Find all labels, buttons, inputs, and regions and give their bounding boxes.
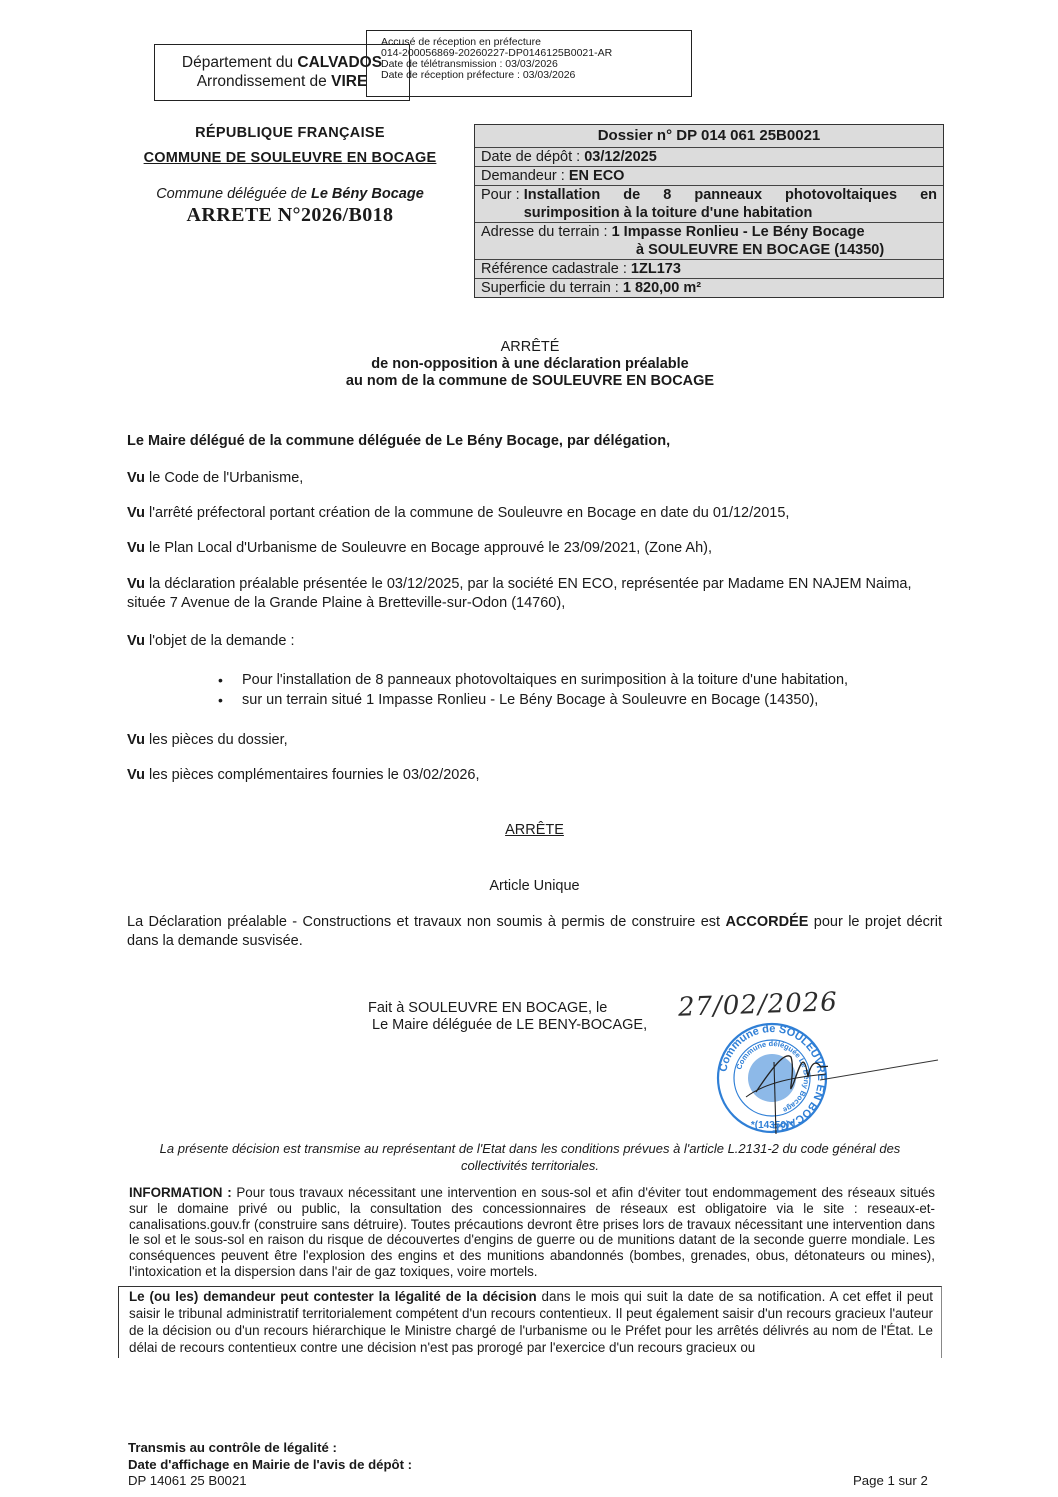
vu-pieces: Vu les pièces du dossier, — [127, 731, 942, 749]
dossier-demandeur: Demandeur : EN ECO — [475, 166, 943, 185]
commune-name: COMMUNE DE SOULEUVRE EN BOCAGE — [120, 150, 460, 166]
recours-notice: Le (ou les) demandeur peut contester la … — [118, 1286, 942, 1358]
heading-line2: au nom de la commune de SOULEUVRE EN BOC… — [200, 373, 860, 390]
transmission-notice: La présente décision est transmise au re… — [130, 1140, 930, 1174]
maire-statement: Le Maire délégué de la commune déléguée … — [127, 432, 942, 450]
footer-affichage: Date d'affichage en Mairie de l'avis de … — [128, 1457, 412, 1474]
dossier-superficie: Superficie du terrain : 1 820,00 m² — [475, 278, 943, 297]
decision-text: La Déclaration préalable - Constructions… — [127, 913, 942, 951]
vu-arrete-prefectoral: Vu l'arrêté préfectoral portant création… — [127, 504, 942, 522]
dossier-cadastre: Référence cadastrale : 1ZL173 — [475, 259, 943, 278]
dossier-title: Dossier n° DP 014 061 25B0021 — [475, 125, 943, 147]
footer: Transmis au contrôle de légalité : Date … — [128, 1440, 412, 1490]
delegated-commune: Commune déléguée de Le Bény Bocage — [120, 186, 460, 202]
title-block: RÉPUBLIQUE FRANÇAISE COMMUNE DE SOULEUVR… — [120, 125, 460, 227]
footer-transmis: Transmis au contrôle de légalité : — [128, 1440, 412, 1457]
commune-stamp-icon: Commune de SOULEUVRE EN BOCAGE Commune d… — [716, 1022, 828, 1134]
arrondissement-name: VIRE — [331, 73, 367, 90]
page-number: Page 1 sur 2 — [853, 1473, 928, 1488]
demande-bullets: Pour l'installation de 8 panneaux photov… — [218, 670, 938, 710]
heading-title: ARRÊTÉ — [200, 339, 860, 356]
handwritten-date: 27/02/2026 — [678, 987, 839, 1023]
prefecture-receipt-box: Accusé de réception en préfecture 014-20… — [366, 30, 692, 97]
bullet-item: Pour l'installation de 8 panneaux photov… — [218, 670, 938, 690]
dossier-pour: Pour : Installation de 8 panneaux photov… — [475, 185, 943, 222]
svg-text:*(14350)*: *(14350)* — [751, 1120, 793, 1131]
vu-plu: Vu le Plan Local d'Urbanisme de Souleuvr… — [127, 539, 942, 557]
arrete-title: ARRÊTE — [127, 821, 942, 839]
republique-francaise: RÉPUBLIQUE FRANÇAISE — [120, 125, 460, 141]
bullet-item: sur un terrain situé 1 Impasse Ronlieu -… — [218, 690, 938, 710]
heading-line1: de non-opposition à une déclaration préa… — [200, 356, 860, 373]
receipt-reception-date: Date de réception préfecture : 03/03/202… — [381, 70, 691, 81]
dossier-table: Dossier n° DP 014 061 25B0021 Date de dé… — [474, 124, 944, 298]
signature-block: Fait à SOULEUVRE EN BOCAGE, le Le Maire … — [368, 1000, 647, 1034]
vu-pieces-complementaires: Vu les pièces complémentaires fournies l… — [127, 766, 942, 784]
fait-a: Fait à SOULEUVRE EN BOCAGE, le — [368, 1000, 647, 1017]
vu-code-urbanisme: Vu le Code de l'Urbanisme, — [127, 469, 942, 487]
signature-stroke-icon — [820, 1050, 940, 1090]
arrete-number: ARRETE N°2026/B018 — [120, 204, 460, 227]
dossier-date-depot: Date de dépôt : 03/12/2025 — [475, 147, 943, 166]
dossier-adresse: Adresse du terrain : 1 Impasse Ronlieu -… — [475, 222, 943, 259]
vu-objet: Vu l'objet de la demande : — [127, 632, 942, 650]
maire-deleguee: Le Maire déléguée de LE BENY-BOCAGE, — [368, 1017, 647, 1034]
article-unique: Article Unique — [127, 877, 942, 895]
footer-ref: DP 14061 25 B0021 — [128, 1473, 412, 1490]
vu-declaration: Vu la déclaration préalable présentée le… — [127, 575, 942, 613]
information-notice: INFORMATION : Pour tous travaux nécessit… — [129, 1185, 935, 1280]
decision-heading: ARRÊTÉ de non-opposition à une déclarati… — [200, 339, 860, 390]
